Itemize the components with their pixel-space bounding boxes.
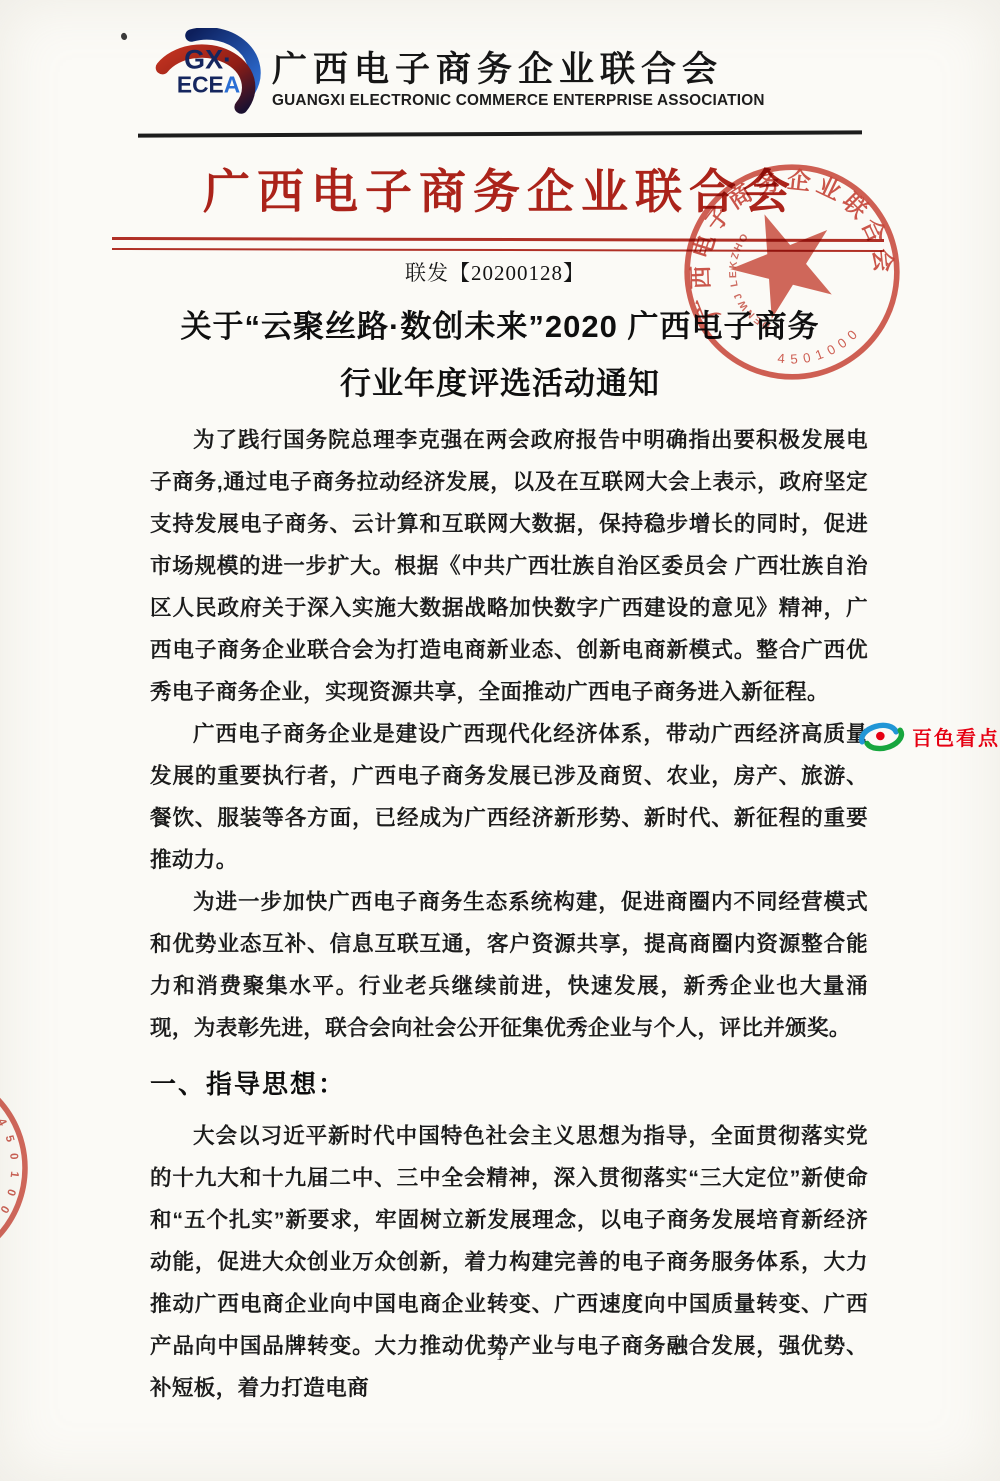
notice-title-line2: 行业年度评选活动通知: [0, 355, 1000, 412]
notice-title: 关于“云聚丝路·数创未来”2020 广西电子商务 行业年度评选活动通知: [0, 298, 1000, 412]
letterhead-double-rule: [112, 237, 884, 252]
org-name-en: GUANGXI ELECTRONIC COMMERCE ENTERPRISE A…: [272, 92, 810, 110]
logo-text-line2: ECEA: [177, 72, 240, 98]
watermark: 百色看点: [858, 712, 1000, 760]
page-number: 1: [0, 1345, 1000, 1365]
header-rule: [138, 130, 862, 137]
section1-heading: 一、指导思想：: [150, 1061, 868, 1107]
body-paragraph-3: 为进一步加快广西电子商务生态系统构建，促进商圈内不同经营模式和优势业态互补、信息…: [150, 881, 868, 1049]
watermark-text: 百色看点: [912, 722, 1000, 751]
body-paragraph-1: 为了践行国务院总理李克强在两会政府报告中明确指出要积极发展电子商务,通过电子商务…: [150, 419, 868, 713]
document-number: 联发【20200128】: [0, 257, 990, 287]
letterhead-title: 广西电子商务企业联合会: [0, 155, 1000, 222]
association-logo: GX· ECEA: [150, 28, 266, 128]
svg-text:450100: 450100: [0, 1117, 20, 1225]
scan-speck: [120, 32, 129, 41]
partial-left-seal: 450100: [0, 1058, 70, 1273]
watermark-swirl-icon: [858, 716, 906, 756]
left-seal-code: 450100: [0, 1117, 20, 1225]
org-name-cn: 广西电子商务企业联合会: [272, 42, 772, 92]
gx-ecea-logo-icon: GX· ECEA: [150, 28, 266, 128]
scanned-document-page: GX· ECEA 广西电子商务企业联合会 GUANGXI ELECTRONIC …: [0, 0, 1000, 1481]
logo-text-line1: GX·: [184, 45, 232, 75]
notice-title-line1: 关于“云聚丝路·数创未来”2020 广西电子商务: [0, 298, 1000, 355]
document-body: 为了践行国务院总理李克强在两会政府报告中明确指出要积极发展电子商务,通过电子商务…: [150, 419, 868, 1409]
body-paragraph-2: 广西电子商务企业是建设广西现代化经济体系，带动广西经济高质量发展的重要执行者，广…: [150, 713, 868, 881]
